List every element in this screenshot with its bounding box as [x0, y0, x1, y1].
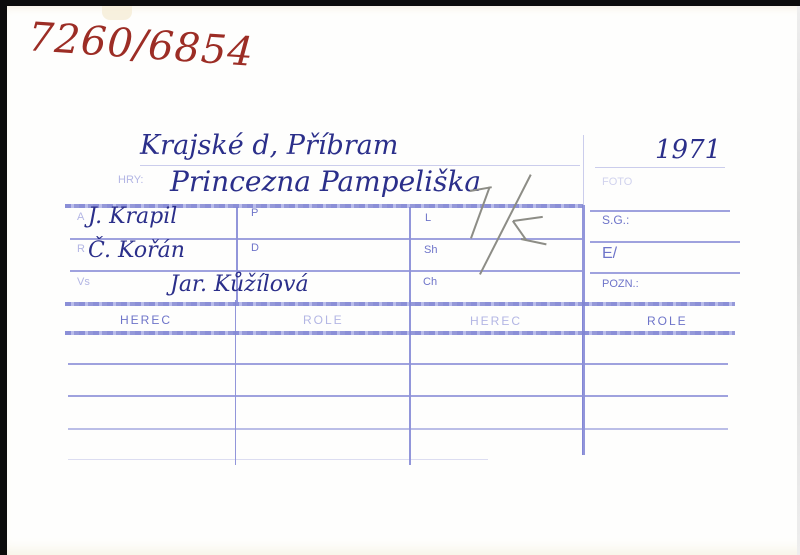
cast-header-role-2: ROLE [647, 314, 688, 328]
index-card [7, 6, 800, 555]
row-line-1-right [590, 241, 740, 243]
row-right-label-sh: Sh [424, 244, 437, 256]
year: 1971 [655, 135, 721, 165]
row-line-2-right [590, 272, 740, 274]
row-mid-label-d: D [251, 242, 259, 254]
play-label: HRY: [118, 174, 143, 186]
top-divider-right [583, 135, 584, 205]
row-mid-label-p: P [251, 207, 258, 219]
row-right-label-ch: Ch [423, 276, 437, 288]
row-value-r: Č. Kořán [88, 238, 185, 263]
side-label-sg: S.G.: [602, 213, 629, 227]
cast-header-top [65, 302, 735, 306]
form-divider-2 [409, 207, 411, 302]
cast-row-line-3 [68, 428, 728, 430]
row-line-2 [70, 270, 582, 272]
cast-header-herec-1: HEREC [120, 313, 172, 327]
row-value-vs: Jar. Kůžílová [170, 272, 309, 297]
cast-divider-2 [409, 300, 411, 465]
row-right-label-l: L [425, 212, 431, 224]
cast-row-line-4 [68, 459, 488, 460]
cast-header-herec-2: HEREC [470, 314, 522, 328]
row-value-a: J. Krapil [88, 204, 177, 229]
side-label-e: E/ [602, 245, 617, 263]
form-top-band-right [590, 210, 730, 212]
theatre-name: Krajské d, Příbram [140, 130, 398, 161]
row-label-vs: Vs [77, 276, 90, 288]
play-title: Princezna Pampeliška [170, 165, 481, 198]
side-label-pozn: POZN.: [602, 278, 639, 290]
cast-divider-1 [235, 300, 236, 465]
row-label-r: R [77, 243, 85, 255]
cast-row-line-2 [68, 395, 728, 397]
cast-row-line-1 [68, 363, 728, 365]
top-line-right [595, 167, 725, 168]
cast-divider-3 [582, 300, 583, 455]
foto-label: FOTO [602, 176, 632, 188]
cast-header-bottom [65, 331, 735, 335]
cast-header-role-1: ROLE [303, 313, 344, 327]
row-label-a: A [77, 211, 84, 223]
card-tab [102, 6, 132, 20]
